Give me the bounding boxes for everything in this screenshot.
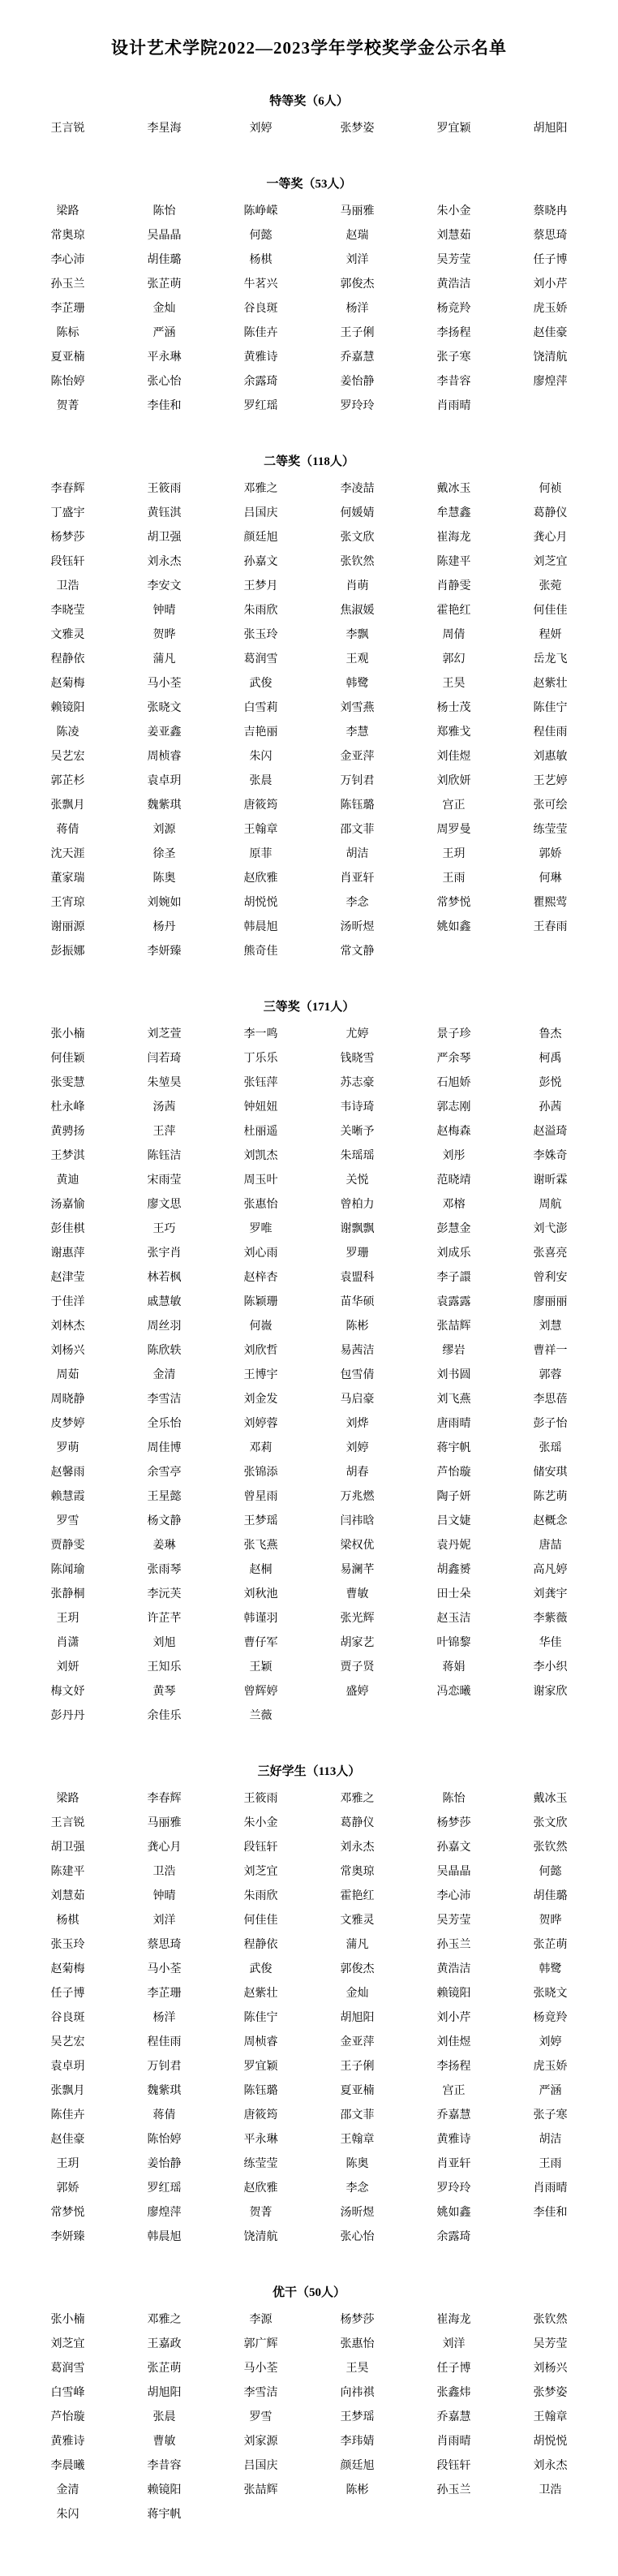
student-name: 段钰轩 — [21, 550, 114, 575]
student-name: 程佳雨 — [118, 2031, 211, 2055]
student-name: 廖煌萍 — [118, 2201, 211, 2225]
student-name: 吴艺宏 — [21, 2031, 114, 2055]
student-name: 钟妞妞 — [214, 1096, 307, 1120]
student-name: 罗雪 — [214, 2406, 307, 2430]
student-name: 曾利安 — [504, 1266, 597, 1290]
student-name: 王翰章 — [311, 2128, 404, 2152]
student-name: 李芷珊 — [21, 297, 114, 321]
student-name: 马小荃 — [214, 2357, 307, 2381]
student-name: 张惠怡 — [214, 1193, 307, 1217]
student-name: 刘源 — [118, 818, 211, 842]
student-name: 梅文妤 — [21, 1680, 114, 1704]
student-name: 郭芷杉 — [21, 769, 114, 794]
names-grid: 张小楠刘芝萱李一鸣尤婷景子珍鲁杰何佳颖闫若琦丁乐乐钱晓雪严余琴柯禹张雯慧朱堃昊张… — [21, 1023, 597, 1729]
student-name: 赖慧霞 — [21, 1485, 114, 1510]
page-title: 设计艺术学院2022—2023学年学校奖学金公示名单 — [21, 36, 597, 60]
student-name: 杨梦莎 — [407, 1811, 500, 1836]
student-name: 金灿 — [311, 1982, 404, 2006]
student-name: 刘婷 — [504, 2031, 597, 2055]
student-name: 贺菁 — [21, 394, 114, 419]
student-name: 王子俐 — [311, 321, 404, 346]
student-name: 李姝奇 — [504, 1144, 597, 1169]
student-name: 钟晴 — [118, 1885, 211, 1909]
student-name: 练莹莹 — [504, 818, 597, 842]
student-name: 王梦月 — [214, 575, 307, 599]
student-name: 常奥琼 — [21, 224, 114, 248]
student-name: 沈天涯 — [21, 842, 114, 867]
student-name: 韩谨羽 — [214, 1607, 307, 1631]
student-name: 刘雪燕 — [311, 696, 404, 721]
student-name: 戴冰玉 — [407, 477, 500, 502]
student-name: 景子珍 — [407, 1023, 500, 1047]
student-name: 全乐怡 — [118, 1412, 211, 1437]
student-name: 彭丹丹 — [21, 1704, 114, 1729]
student-name: 胡佳璐 — [504, 1885, 597, 1909]
student-name: 刘心雨 — [214, 1242, 307, 1266]
student-name: 郭娇 — [21, 2177, 114, 2201]
student-name: 刘婷 — [214, 117, 307, 141]
student-name: 刘慧茹 — [407, 224, 500, 248]
student-name: 曹仔军 — [214, 1631, 307, 1656]
student-name: 白雪峰 — [21, 2381, 114, 2406]
student-name: 王颖 — [214, 1656, 307, 1680]
student-name: 王巧 — [118, 1217, 211, 1242]
student-name: 李春辉 — [118, 1787, 211, 1811]
student-name: 段钰轩 — [407, 2454, 500, 2479]
student-name: 刘永杰 — [504, 2454, 597, 2479]
student-name: 贺晔 — [118, 623, 211, 648]
student-name: 黄琴 — [118, 1680, 211, 1704]
student-name: 陈佳宁 — [504, 696, 597, 721]
student-name: 肖萌 — [311, 575, 404, 599]
student-name: 李玮婧 — [311, 2430, 404, 2454]
student-name: 许芷芊 — [118, 1607, 211, 1631]
student-name: 张晨 — [214, 769, 307, 794]
student-name: 原菲 — [214, 842, 307, 867]
student-name: 赵紫壮 — [504, 672, 597, 696]
student-name: 梁路 — [21, 1787, 114, 1811]
student-name: 杨梦莎 — [21, 526, 114, 550]
student-name: 肖亚轩 — [407, 2152, 500, 2177]
student-name: 丁乐乐 — [214, 1047, 307, 1071]
student-name: 金亚萍 — [311, 2031, 404, 2055]
student-name: 朱堃昊 — [118, 1071, 211, 1096]
student-name: 钟晴 — [118, 599, 211, 623]
student-name: 肖雨晴 — [407, 394, 500, 419]
student-name: 霍艳红 — [311, 1885, 404, 1909]
student-name: 刘烨 — [311, 1412, 404, 1437]
student-name: 葛润雪 — [214, 648, 307, 672]
student-name: 张惠怡 — [311, 2333, 404, 2357]
student-name: 马丽雅 — [311, 200, 404, 224]
student-name: 曹敏 — [118, 2430, 211, 2454]
section-heading: 三好学生（113人） — [21, 1763, 597, 1781]
student-name: 饶清航 — [214, 2225, 307, 2250]
student-name: 黄钰淇 — [118, 502, 211, 526]
student-name: 罗萌 — [21, 1437, 114, 1461]
student-name: 刘杨兴 — [21, 1339, 114, 1363]
student-name: 胡卫强 — [118, 526, 211, 550]
student-name: 刘家源 — [214, 2430, 307, 2454]
student-name: 汤嘉愉 — [21, 1193, 114, 1217]
student-name: 张静桐 — [21, 1583, 114, 1607]
student-name: 龚心月 — [504, 526, 597, 550]
student-name: 郭蓉 — [504, 1363, 597, 1388]
student-name: 陈钰璐 — [311, 794, 404, 818]
student-name: 焦淑媛 — [311, 599, 404, 623]
student-name: 罗唯 — [214, 1217, 307, 1242]
student-name: 万钊君 — [118, 2055, 211, 2079]
student-name: 赵梅森 — [407, 1120, 500, 1144]
section-heading: 三等奖（171人） — [21, 998, 597, 1016]
student-name: 张宇肖 — [118, 1242, 211, 1266]
student-name: 李昔容 — [118, 2454, 211, 2479]
student-name: 包雪倩 — [311, 1363, 404, 1388]
student-name: 王玥 — [21, 2152, 114, 2177]
student-name: 孙嘉文 — [214, 550, 307, 575]
student-name: 谢飘飘 — [311, 1217, 404, 1242]
student-name: 陈怡 — [407, 1787, 500, 1811]
student-name: 姜琳 — [118, 1534, 211, 1558]
student-name: 任子博 — [21, 1982, 114, 2006]
student-name: 刘龚宇 — [504, 1583, 597, 1607]
student-name: 金清 — [21, 2479, 114, 2503]
student-name: 李小织 — [504, 1656, 597, 1680]
student-name: 赵津莹 — [21, 1266, 114, 1290]
student-name: 张钦然 — [504, 2308, 597, 2333]
student-name: 邵文菲 — [311, 818, 404, 842]
student-name: 张雯慧 — [21, 1071, 114, 1096]
student-name: 罗红瑶 — [214, 394, 307, 419]
student-name: 宫正 — [407, 794, 500, 818]
student-name: 高凡婷 — [504, 1558, 597, 1583]
student-name: 张飘月 — [21, 2079, 114, 2104]
student-name: 陈佳卉 — [214, 321, 307, 346]
student-name: 李慧 — [311, 721, 404, 745]
student-name: 平永琳 — [214, 2128, 307, 2152]
student-name: 皮梦婷 — [21, 1412, 114, 1437]
student-name: 苏志豪 — [311, 1071, 404, 1096]
student-name: 刘杨兴 — [504, 2357, 597, 2381]
student-name: 陈颖珊 — [214, 1290, 307, 1315]
student-name: 何嶶 — [214, 1315, 307, 1339]
student-name: 兰薇 — [214, 1704, 307, 1729]
student-name: 钱晓雪 — [311, 1047, 404, 1071]
student-name: 张文欣 — [504, 1811, 597, 1836]
student-name: 虎玉娇 — [504, 2055, 597, 2079]
student-name: 陈怡 — [118, 200, 211, 224]
student-name: 刘慧 — [504, 1315, 597, 1339]
student-name: 龚心月 — [118, 1836, 211, 1860]
student-name: 黄浩洁 — [407, 1958, 500, 1982]
student-name: 瞿熙莺 — [504, 891, 597, 915]
student-name: 袁露露 — [407, 1290, 500, 1315]
student-name: 贺晔 — [504, 1909, 597, 1933]
student-name: 陈钰璐 — [214, 2079, 307, 2104]
student-name: 张芷萌 — [118, 273, 211, 297]
student-name: 张雨琴 — [118, 1558, 211, 1583]
student-name: 王雨 — [407, 867, 500, 891]
student-name: 王昊 — [311, 2357, 404, 2381]
student-name: 武俊 — [214, 1958, 307, 1982]
student-name: 杨竞羚 — [407, 297, 500, 321]
student-name: 杨文静 — [118, 1510, 211, 1534]
student-name: 谢丽源 — [21, 915, 114, 940]
student-name: 华佳 — [504, 1631, 597, 1656]
student-name: 杨士茂 — [407, 696, 500, 721]
student-name: 蒋倩 — [21, 818, 114, 842]
student-name: 陈欣轶 — [118, 1339, 211, 1363]
student-name: 乔嘉慧 — [407, 2104, 500, 2128]
student-name: 于佳洋 — [21, 1290, 114, 1315]
student-name: 张飞燕 — [214, 1534, 307, 1558]
student-name: 何琳 — [504, 867, 597, 891]
student-name: 马小荃 — [118, 1958, 211, 1982]
student-name: 陈钰洁 — [118, 1144, 211, 1169]
student-name: 刘芝萱 — [118, 1023, 211, 1047]
scholarship-announcement-document: 设计艺术学院2022—2023学年学校奖学金公示名单 特等奖（6人）王言锐李星海… — [0, 0, 618, 2576]
student-name: 张喆辉 — [214, 2479, 307, 2503]
student-name: 姚如鑫 — [407, 2201, 500, 2225]
student-name: 李扬程 — [407, 321, 500, 346]
student-name: 葛静仪 — [504, 502, 597, 526]
award-section: 一等奖（53人）梁路陈怡陈峥嵘马丽雅朱小金蔡晓冉常奥琼吴晶晶何懿赵瑞刘慧茹蔡思琦… — [21, 175, 597, 419]
student-name: 黄雅诗 — [214, 346, 307, 370]
student-name: 王宵琼 — [21, 891, 114, 915]
student-name: 周桢睿 — [118, 745, 211, 769]
student-name: 姚如鑫 — [407, 915, 500, 940]
student-name: 张芷萌 — [118, 2357, 211, 2381]
student-name: 韩晨旭 — [118, 2225, 211, 2250]
student-name: 邵文菲 — [311, 2104, 404, 2128]
student-name: 张心怡 — [311, 2225, 404, 2250]
student-name: 刘旭 — [118, 1631, 211, 1656]
student-name: 夏亚楠 — [21, 346, 114, 370]
student-name: 万兆燃 — [311, 1485, 404, 1510]
student-name: 谢惠萍 — [21, 1242, 114, 1266]
student-name: 柯禹 — [504, 1047, 597, 1071]
student-name: 杨梦莎 — [311, 2308, 404, 2333]
student-name: 胡旭阳 — [311, 2006, 404, 2031]
student-name: 赵桐 — [214, 1558, 307, 1583]
award-section: 三好学生（113人）梁路李春辉王筱雨邓雅之陈怡戴冰玉王言锐马丽雅朱小金葛静仪杨梦… — [21, 1763, 597, 2250]
student-name: 邓莉 — [214, 1437, 307, 1461]
student-name: 张钰萍 — [214, 1071, 307, 1096]
student-name: 杜丽遥 — [214, 1120, 307, 1144]
student-name: 唐筱筠 — [214, 2104, 307, 2128]
student-name: 袁卓玥 — [21, 2055, 114, 2079]
student-name: 吴芳莹 — [504, 2333, 597, 2357]
student-name: 罗雪 — [21, 1510, 114, 1534]
student-name: 李妍臻 — [118, 940, 211, 964]
student-name: 王博宇 — [214, 1363, 307, 1388]
student-name: 葛静仪 — [311, 1811, 404, 1836]
student-name: 丁盛宇 — [21, 502, 114, 526]
student-name: 李心沛 — [407, 1885, 500, 1909]
student-name: 唐雨晴 — [407, 1412, 500, 1437]
student-name: 周倩 — [407, 623, 500, 648]
student-name: 霍艳红 — [407, 599, 500, 623]
student-name: 魏紫琪 — [118, 2079, 211, 2104]
student-name: 杨丹 — [118, 915, 211, 940]
student-name: 王观 — [311, 648, 404, 672]
student-name: 赵菊梅 — [21, 672, 114, 696]
student-name: 金清 — [118, 1363, 211, 1388]
student-name: 李飘 — [311, 623, 404, 648]
student-name: 刘洋 — [311, 248, 404, 273]
student-name: 韩鹭 — [311, 672, 404, 696]
student-name: 朱小金 — [214, 1811, 307, 1836]
student-name: 张喜亮 — [504, 1242, 597, 1266]
student-name: 马丽雅 — [118, 1811, 211, 1836]
student-name: 周航 — [504, 1193, 597, 1217]
student-name: 赵梓杏 — [214, 1266, 307, 1290]
student-name: 彭悦 — [504, 1071, 597, 1096]
student-name: 易茜洁 — [311, 1339, 404, 1363]
student-name: 贾子贤 — [311, 1656, 404, 1680]
student-name: 张瑶 — [504, 1437, 597, 1461]
student-name: 张小楠 — [21, 2308, 114, 2333]
student-name: 赖镜阳 — [118, 2479, 211, 2503]
student-name: 陈怡婷 — [21, 370, 114, 394]
student-name: 韩鹭 — [504, 1958, 597, 1982]
student-name: 杨洋 — [311, 297, 404, 321]
student-name: 蒲凡 — [311, 1933, 404, 1958]
student-name: 廖文思 — [118, 1193, 211, 1217]
student-name: 陈艺萌 — [504, 1485, 597, 1510]
student-name: 张喆辉 — [407, 1315, 500, 1339]
student-name: 赵佳豪 — [504, 321, 597, 346]
student-name: 赖镜阳 — [407, 1982, 500, 2006]
student-name: 曾星雨 — [214, 1485, 307, 1510]
student-name: 周桢睿 — [214, 2031, 307, 2055]
student-name: 常文静 — [311, 940, 404, 964]
student-name: 彭子怡 — [504, 1412, 597, 1437]
student-name: 何媛婧 — [311, 502, 404, 526]
student-name: 任子博 — [504, 248, 597, 273]
student-name: 牛茗兴 — [214, 273, 307, 297]
student-name: 冯恋曦 — [407, 1680, 500, 1704]
student-name: 曹敏 — [311, 1583, 404, 1607]
student-name: 邓雅之 — [311, 1787, 404, 1811]
student-name: 戴冰玉 — [504, 1787, 597, 1811]
student-name: 肖潇 — [21, 1631, 114, 1656]
student-name: 王艺婷 — [504, 769, 597, 794]
student-name: 刘永杰 — [118, 550, 211, 575]
student-name: 饶清航 — [504, 346, 597, 370]
student-name: 何懿 — [504, 1860, 597, 1885]
student-name: 何佳颖 — [21, 1047, 114, 1071]
student-name: 罗宜颖 — [214, 2055, 307, 2079]
student-name: 刘成乐 — [407, 1242, 500, 1266]
student-name: 平永琳 — [118, 346, 211, 370]
student-name: 吴芳莹 — [407, 248, 500, 273]
student-name: 胡鑫赟 — [407, 1558, 500, 1583]
student-name: 谢家欣 — [504, 1680, 597, 1704]
student-name: 姜亚鑫 — [118, 721, 211, 745]
student-name: 严余琴 — [407, 1047, 500, 1071]
student-name: 徐圣 — [118, 842, 211, 867]
student-name: 刘欣妍 — [407, 769, 500, 794]
student-name: 芦怡璇 — [21, 2406, 114, 2430]
student-name: 张飘月 — [21, 794, 114, 818]
student-name: 赖镜阳 — [21, 696, 114, 721]
student-name: 文雅灵 — [21, 623, 114, 648]
names-grid: 李春辉王筱雨邓雅之李凌喆戴冰玉何祯丁盛宇黄钰淇吕国庆何媛婧牟慧鑫葛静仪杨梦莎胡卫… — [21, 477, 597, 964]
student-name: 吕国庆 — [214, 2454, 307, 2479]
student-name: 吴晶晶 — [407, 1860, 500, 1885]
award-section: 特等奖（6人）王言锐李星海刘婷张梦姿罗宜颖胡旭阳 — [21, 93, 597, 141]
award-section: 二等奖（118人）李春辉王筱雨邓雅之李凌喆戴冰玉何祯丁盛宇黄钰淇吕国庆何媛婧牟慧… — [21, 453, 597, 964]
student-name: 卫浩 — [118, 1860, 211, 1885]
student-name: 林若枫 — [118, 1266, 211, 1290]
section-heading: 二等奖（118人） — [21, 453, 597, 471]
student-name: 王梦淇 — [21, 1144, 114, 1169]
student-name: 黄雅诗 — [21, 2430, 114, 2454]
student-name: 吕国庆 — [214, 502, 307, 526]
student-name: 王筱雨 — [118, 477, 211, 502]
student-name: 李晓莹 — [21, 599, 114, 623]
student-name: 刘洋 — [407, 2333, 500, 2357]
student-name: 戚慧敏 — [118, 1290, 211, 1315]
award-section: 优干（50人）张小楠邓雅之李源杨梦莎崔海龙张钦然刘芝宜王嘉政郭广辉张惠怡刘洋吴芳… — [21, 2284, 597, 2527]
student-name: 王筱雨 — [214, 1787, 307, 1811]
student-name: 彭振娜 — [21, 940, 114, 964]
student-name: 刘妍 — [21, 1656, 114, 1680]
student-name: 张晓文 — [504, 1982, 597, 2006]
names-grid: 张小楠邓雅之李源杨梦莎崔海龙张钦然刘芝宜王嘉政郭广辉张惠怡刘洋吴芳莹葛润雪张芷萌… — [21, 2308, 597, 2527]
student-name: 胡洁 — [311, 842, 404, 867]
student-name: 严涵 — [504, 2079, 597, 2104]
student-name: 李思蓓 — [504, 1388, 597, 1412]
student-name: 朱闪 — [21, 2503, 114, 2527]
student-name: 魏紫琪 — [118, 794, 211, 818]
student-name: 陈建平 — [407, 550, 500, 575]
student-name: 颜廷旭 — [214, 526, 307, 550]
student-name: 关悦 — [311, 1169, 404, 1193]
student-name: 刘芝宜 — [214, 1860, 307, 1885]
student-name: 李春辉 — [21, 477, 114, 502]
student-name: 曾柏力 — [311, 1193, 404, 1217]
student-name: 苗华硕 — [311, 1290, 404, 1315]
student-name: 李雪洁 — [118, 1388, 211, 1412]
student-name: 吉艳丽 — [214, 721, 307, 745]
student-name: 张梦姿 — [504, 2381, 597, 2406]
student-name: 刘飞燕 — [407, 1388, 500, 1412]
student-name: 余佳乐 — [118, 1704, 211, 1729]
student-name: 陈奥 — [118, 867, 211, 891]
student-name: 陈彬 — [311, 1315, 404, 1339]
student-name: 谷良斑 — [214, 297, 307, 321]
student-name: 孙嘉文 — [407, 1836, 500, 1860]
student-name: 刘书圆 — [407, 1363, 500, 1388]
student-name: 何佳佳 — [504, 599, 597, 623]
student-name: 蒲凡 — [118, 648, 211, 672]
student-name: 朱瑶瑶 — [311, 1144, 404, 1169]
student-name: 陈怡婷 — [118, 2128, 211, 2152]
student-name: 罗红瑶 — [118, 2177, 211, 2201]
student-name: 崔海龙 — [407, 2308, 500, 2333]
student-name: 蔡思琦 — [118, 1933, 211, 1958]
student-name: 张文欣 — [311, 526, 404, 550]
student-name: 李晨曦 — [21, 2454, 114, 2479]
student-name: 余露琦 — [407, 2225, 500, 2250]
student-name: 吴艺宏 — [21, 745, 114, 769]
student-name: 郭娇 — [504, 842, 597, 867]
student-name: 刘弋澎 — [504, 1217, 597, 1242]
student-name: 武俊 — [214, 672, 307, 696]
student-name: 石旭娇 — [407, 1071, 500, 1096]
